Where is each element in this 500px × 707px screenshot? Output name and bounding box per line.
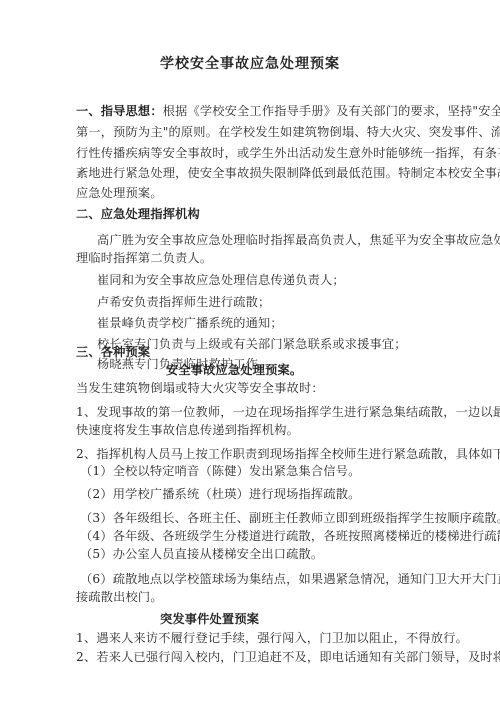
plan1-title: 安全事故应急处理预案。 [166,363,302,377]
document-title: 学校安全事故应急处理预案 [0,53,500,73]
plan1-item-3: （3）各年级组长、各班主任、副班主任教师立即到班级指挥学生按顺序疏散。 [80,511,500,525]
section1-line-4: 紊地进行紧急处理，使安全事故损失限制降低到最低范围。特制定本校安全事故 [76,166,500,180]
section2-line-5: 崔景峰负责学校广播系统的通知； [97,316,283,330]
plan1-item-6-line1: （6）疏散地点以学校篮球场为集结点，如果遇紧急情况，通知门卫大开大门直 [80,572,500,586]
plan2-line-1: 1、遇来人来访不履行登记手续，强行闯入，门卫加以阻止，不得放行。 [76,631,468,645]
plan1-step1-line1: 1、发现事故的第一位教师，一边在现场指挥学生进行紧急集结疏散，一边以最 [76,405,500,419]
plan1-step1-line2: 快速度将发生事故信息传递到指挥机构。 [76,423,299,437]
plan1-step2: 2、指挥机构人员马上按工作职责到现场指挥全校师生进行紧急疏散，具体如下： [76,447,500,461]
section1-line-2: 第一，预防为主"的原则。在学校发生如建筑物倒塌、特大火灾、突发事件、流 [76,125,500,139]
plan2-title: 突发事件处置预案 [160,612,259,626]
plan1-item-4: （4）各年级、各班级学生分楼道进行疏散，各班按照离楼梯近的楼梯进行疏散。 [80,529,500,543]
plan1-item-6-line2: 接疏散出校门。 [76,590,163,604]
plan1-item-2: （2）用学校广播系统（杜瑛）进行现场指挥疏散。 [80,487,360,501]
document-page: 学校安全事故应急处理预案 一、指导思想：根据《学校安全工作指导手册》及有关部门的… [0,0,500,707]
section1-text: 根据《学校安全工作指导手册》及有关部门的要求，坚持"安全 [163,104,500,118]
section1-heading: 一、指导思想： [76,104,163,118]
plan2-line-2: 2、若来人已强行闯入校内，门卫追赶不及，即电话通知有关部门领导，及时将 [76,650,500,664]
section2-line-3: 崔同和为安全事故应急处理信息传递负责人； [97,273,345,287]
section2-line-2: 理临时指挥第二负责人。 [76,251,212,265]
section2-line-4: 卢希安负责指挥师生进行疏散； [97,295,270,309]
section1-line-5: 应急处理预案。 [76,186,163,200]
plan1-intro: 当发生建筑物倒塌或特大火灾等安全事故时： [76,381,324,395]
plan1-item-1: （1）全校以特定哨音（陈健）发出紧急集合信号。 [80,464,360,478]
section2-heading: 二、应急处理指挥机构 [76,207,200,221]
plan1-item-5: （5）办公室人员直接从楼梯安全出口疏散。 [80,547,323,561]
section3-heading: 三、各种预案 [76,345,150,359]
section2-line-1: 高广胜为安全事故应急处理临时指挥最高负责人，焦延平为安全事故应急处 [97,233,500,247]
section1-line-3: 行性传播疾病等安全事故时，或学生外出活动发生意外时能够统一指挥，有条不 [76,146,500,160]
section1-line-1: 一、指导思想：根据《学校安全工作指导手册》及有关部门的要求，坚持"安全 [76,104,500,118]
